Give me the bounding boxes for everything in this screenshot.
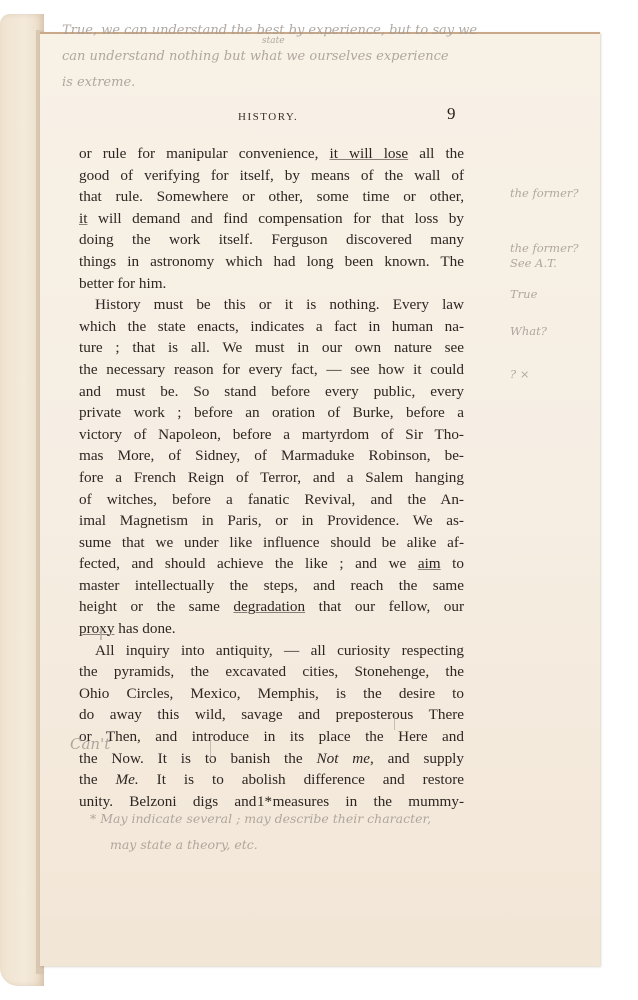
- left-margin-note: Can't: [70, 735, 110, 753]
- top-note-line: True, we can understand the best by expe…: [62, 18, 592, 44]
- text-line: proxy has done.: [79, 618, 464, 640]
- text-line: doing the work itself. Ferguson discover…: [79, 229, 464, 251]
- text-line: good of verifying for itself, by means o…: [79, 165, 464, 187]
- text-line: and must be. So stand before every publi…: [79, 381, 464, 403]
- right-margin-note: the former?: [510, 241, 579, 255]
- page-number: 9: [447, 104, 456, 124]
- footnote-line: may state a theory, etc.: [90, 832, 530, 858]
- pencil-bracket: [394, 712, 395, 730]
- text-line: the Me. It is to abolish difference and …: [79, 769, 464, 791]
- text-line: which the state enacts, indicates a fact…: [79, 316, 464, 338]
- text-line: private work ; before an oration of Burk…: [79, 402, 464, 424]
- text-line: height or the same degradation that our …: [79, 596, 464, 618]
- text-line: the pyramids, the excavated cities, Ston…: [79, 661, 464, 683]
- text-line: or rule for manipular convenience, it wi…: [79, 143, 464, 165]
- text-line: fore a French Reign of Terror, and a Sal…: [79, 467, 464, 489]
- handwritten-footnote: * May indicate several ; may describe th…: [90, 806, 530, 858]
- text-line: sume that we under like influence should…: [79, 532, 464, 554]
- text-line: of witches, before a fanatic Revival, an…: [79, 489, 464, 511]
- text-line: better for him.: [79, 273, 464, 295]
- text-line: imal Magnetism in Paris, or in Providenc…: [79, 510, 464, 532]
- right-margin-note: the former?: [510, 186, 579, 200]
- right-margin-note: ? ×: [510, 367, 529, 381]
- right-margin-note: See A.T.: [510, 256, 557, 270]
- text-line: that rule. Somewhere or other, some time…: [79, 186, 464, 208]
- top-note-line: can understand nothing but what we ourse…: [62, 44, 592, 70]
- handwritten-top-note: True, we can understand the best by expe…: [62, 18, 592, 96]
- right-margin-note: What?: [510, 324, 547, 338]
- text-line: do away this wild, savage and prepostero…: [79, 704, 464, 726]
- text-line: things in astronomy which had long been …: [79, 251, 464, 273]
- text-line: fected, and should achieve the like ; an…: [79, 553, 464, 575]
- text-line: the Now. It is to banish the Not me, and…: [79, 748, 464, 770]
- text-line: All inquiry into antiquity, — all curios…: [79, 640, 464, 662]
- text-line: victory of Napoleon, before a martyrdom …: [79, 424, 464, 446]
- top-note-line: is extreme.: [62, 70, 592, 96]
- footnote-line: * May indicate several ; may describe th…: [90, 806, 530, 832]
- text-line: the necessary reason for every fact, — s…: [79, 359, 464, 381]
- text-line: ture ; that is all. We must in our own n…: [79, 337, 464, 359]
- text-line: mas More, of Sidney, of Marmaduke Robins…: [79, 445, 464, 467]
- text-line: Ohio Circles, Mexico, Memphis, is the de…: [79, 683, 464, 705]
- text-line: or Then, and introduce in its place the …: [79, 726, 464, 748]
- right-margin-note: True: [510, 287, 537, 301]
- top-note-insertion: state: [262, 36, 285, 46]
- text-line: it will demand and find compensation for…: [79, 208, 464, 230]
- body-text: or rule for manipular convenience, it wi…: [79, 143, 464, 812]
- text-line: History must be this or it is nothing. E…: [79, 294, 464, 316]
- text-line: master intellectually the steps, and rea…: [79, 575, 464, 597]
- running-head: HISTORY.: [238, 111, 298, 123]
- pencil-mark: [100, 628, 102, 640]
- pencil-bracket: [210, 740, 211, 760]
